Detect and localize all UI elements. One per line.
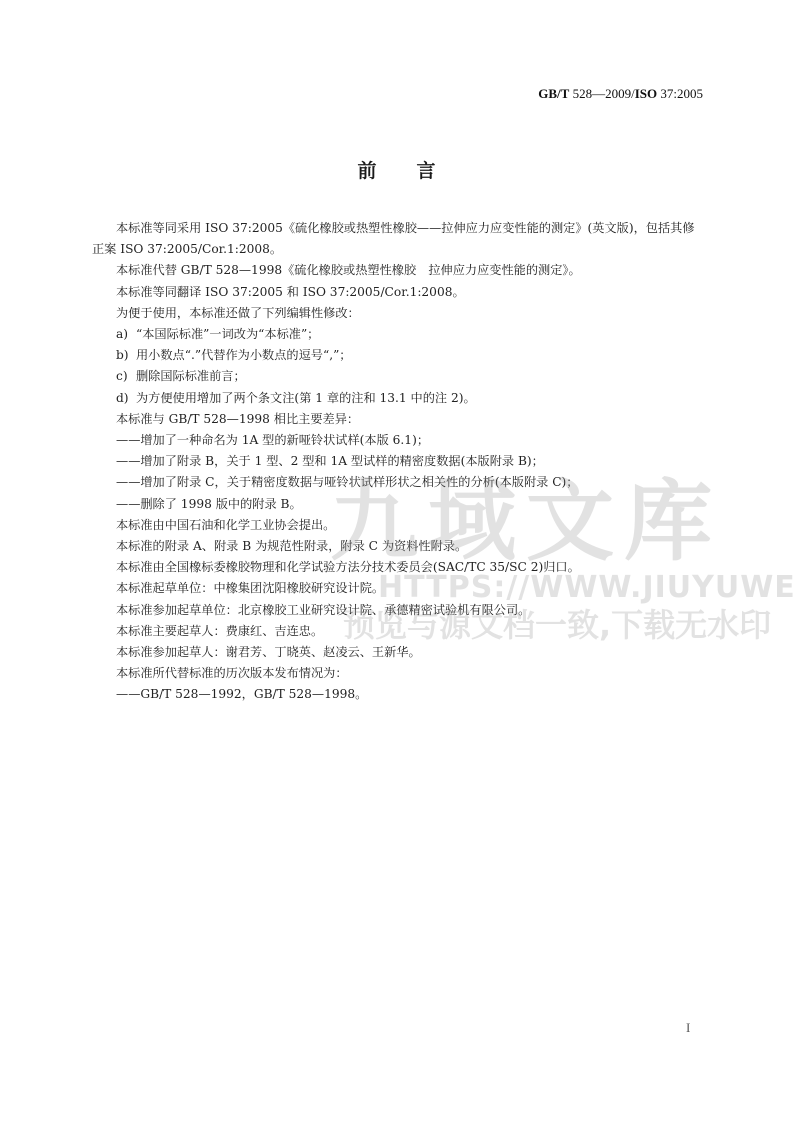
edit-item: a)“本国际标准”一词改为“本标准”； (92, 324, 704, 345)
item-label: c) (116, 366, 136, 387)
item-label: b) (116, 345, 136, 366)
foreword-body: 本标准等同采用 ISO 37:2005《硫化橡胶或热塑性橡胶——拉伸应力应变性能… (92, 218, 704, 706)
page-number: I (686, 1020, 690, 1036)
paragraph: 本标准参加起草人：谢君芳、丁晓英、赵凌云、王新华。 (92, 642, 704, 663)
paragraph: 本标准由全国橡标委橡胶物理和化学试验方法分技术委员会(SAC/TC 35/SC … (92, 557, 704, 578)
edit-item: d)为方便使用增加了两个条文注(第 1 章的注和 13.1 中的注 2)。 (92, 388, 704, 409)
item-label: d) (116, 388, 136, 409)
item-text: “本国际标准”一词改为“本标准”； (136, 327, 319, 341)
diff-item: ——增加了附录 C，关于精密度数据与哑铃状试样形状之相关性的分析(本版附录 C)… (92, 472, 704, 493)
history-item: ——GB/T 528—1992，GB/T 528—1998。 (92, 684, 704, 705)
paragraph: 本标准与 GB/T 528—1998 相比主要差异： (92, 409, 704, 430)
paragraph: 本标准所代替标准的历次版本发布情况为： (92, 663, 704, 684)
code-part: ISO (635, 86, 657, 101)
code-part: GB/T (538, 86, 569, 101)
paragraph: 本标准主要起草人：费康红、吉连忠。 (92, 621, 704, 642)
code-part: 528—2009/ (569, 86, 634, 101)
paragraph: 本标准代替 GB/T 528—1998《硫化橡胶或热塑性橡胶 拉伸应力应变性能的… (92, 260, 704, 281)
page-title: 前言 (0, 156, 793, 183)
paragraph: 本标准由中国石油和化学工业协会提出。 (92, 515, 704, 536)
paragraph: 本标准等同采用 ISO 37:2005《硫化橡胶或热塑性橡胶——拉伸应力应变性能… (92, 218, 704, 260)
paragraph: 本标准的附录 A、附录 B 为规范性附录，附录 C 为资料性附录。 (92, 536, 704, 557)
item-text: 用小数点“.”代替作为小数点的逗号“,”； (136, 348, 351, 362)
edit-item: c)删除国际标准前言； (92, 366, 704, 387)
paragraph: 本标准参加起草单位：北京橡胶工业研究设计院、承德精密试验机有限公司。 (92, 600, 704, 621)
paragraph: 为便于使用，本标准还做了下列编辑性修改： (92, 303, 704, 324)
diff-item: ——删除了 1998 版中的附录 B。 (92, 494, 704, 515)
code-part: 37:2005 (657, 86, 703, 101)
item-text: 删除国际标准前言； (136, 369, 246, 383)
diff-item: ——增加了一种命名为 1A 型的新哑铃状试样(本版 6.1)； (92, 430, 704, 451)
item-label: a) (116, 324, 136, 345)
edit-item: b)用小数点“.”代替作为小数点的逗号“,”； (92, 345, 704, 366)
standard-code-header: GB/T 528—2009/ISO 37:2005 (538, 86, 703, 102)
item-text: 为方便使用增加了两个条文注(第 1 章的注和 13.1 中的注 2)。 (136, 391, 476, 405)
paragraph: 本标准等同翻译 ISO 37:2005 和 ISO 37:2005/Cor.1:… (92, 282, 704, 303)
diff-item: ——增加了附录 B，关于 1 型、2 型和 1A 型试样的精密度数据(本版附录 … (92, 451, 704, 472)
paragraph: 本标准起草单位：中橡集团沈阳橡胶研究设计院。 (92, 578, 704, 599)
